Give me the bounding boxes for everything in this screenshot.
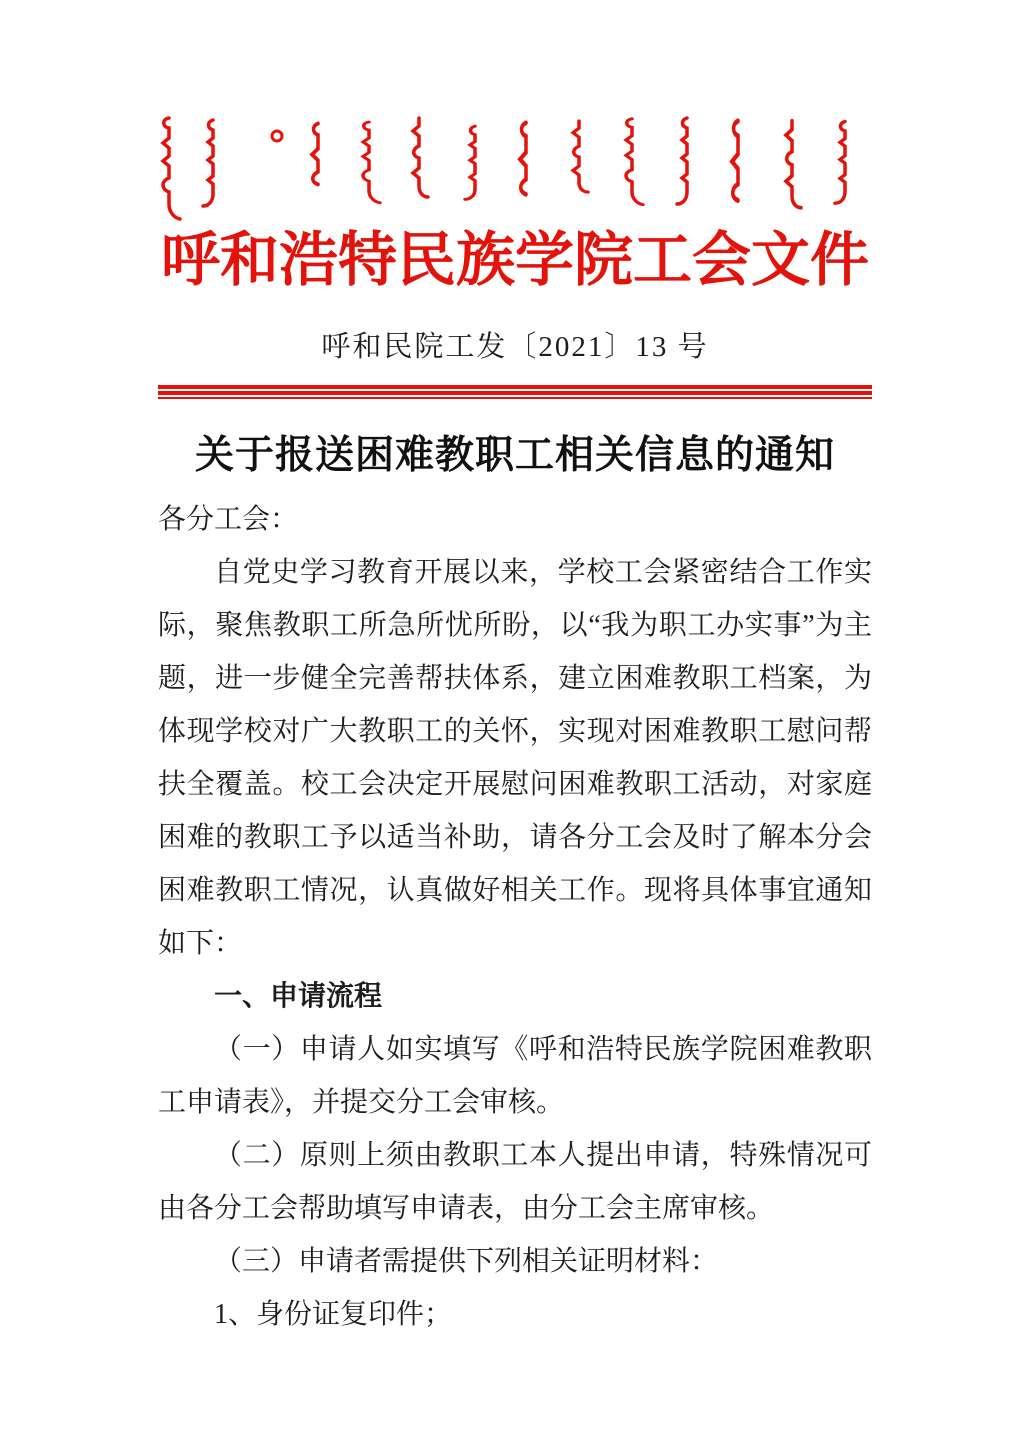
document-number: 呼和民院工发〔2021〕13 号 xyxy=(158,324,872,365)
document-page: 呼和浩特民族学院工会文件 呼和民院工发〔2021〕13 号 关于报送困难教职工相… xyxy=(0,0,1024,1448)
body-item-3: （三）申请者需提供下列相关证明材料： xyxy=(158,1235,872,1288)
body-item-1: （一）申请人如实填写《呼和浩特民族学院困难教职工申请表》，并提交分工会审核。 xyxy=(158,1023,872,1129)
section-heading-1: 一、申请流程 xyxy=(158,970,872,1023)
document-body: 关于报送困难教职工相关信息的通知 各分工会： 自党史学习教育开展以来，学校工会紧… xyxy=(158,424,872,1341)
body-paragraph-1: 自党史学习教育开展以来，学校工会紧密结合工作实际，聚焦教职工所急所忧所盼，以“我… xyxy=(158,546,872,970)
masthead-title: 呼和浩特民族学院工会文件 xyxy=(158,224,872,298)
body-list-item-1: 1、身份证复印件； xyxy=(158,1288,872,1341)
masthead: 呼和浩特民族学院工会文件 呼和民院工发〔2021〕13 号 xyxy=(158,112,872,399)
red-divider-line xyxy=(158,385,872,399)
salutation: 各分工会： xyxy=(158,493,872,546)
body-item-2: （二）原则上须由教职工本人提出申请，特殊情况可由各分工会帮助填写申请表，由分工会… xyxy=(158,1129,872,1235)
mongolian-script-icon xyxy=(158,112,872,234)
document-title: 关于报送困难教职工相关信息的通知 xyxy=(158,424,872,480)
